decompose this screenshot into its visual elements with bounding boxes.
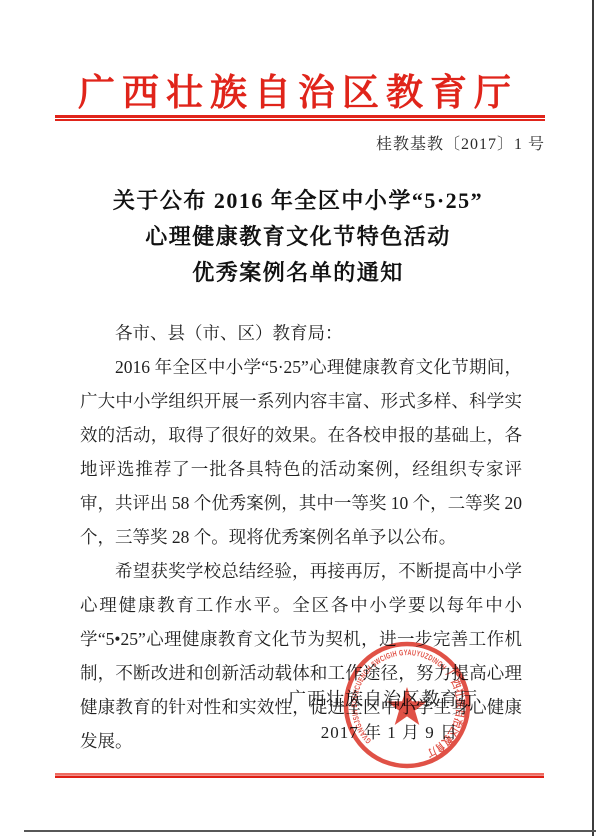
document-title-line-2: 心理健康教育文化节特色活动 (40, 219, 556, 255)
red-rule-thin-line (55, 119, 545, 121)
scan-edge-right (592, 0, 594, 836)
signature-date: 2017 年 1 月 9 日 (321, 718, 458, 743)
letterhead-red-rule (55, 115, 545, 121)
footer-red-rule (55, 773, 544, 778)
document-title-line-1: 关于公布 2016 年全区中小学“5·25” (40, 183, 556, 219)
document-number: 桂教基教〔2017〕1 号 (376, 131, 545, 154)
document-page: 广西壮族自治区教育厅 桂教基教〔2017〕1 号 关于公布 2016 年全区中小… (0, 0, 596, 836)
salutation: 各市、县（市、区）教育局： (80, 316, 522, 350)
document-title: 关于公布 2016 年全区中小学“5·25” 心理健康教育文化节特色活动 优秀案… (40, 183, 556, 291)
signature-agency: 广西壮族自治区教育厅 (288, 685, 478, 711)
scan-edge-bottom (24, 830, 596, 832)
letterhead-agency-name: 广西壮族自治区教育厅 (0, 62, 596, 116)
body-paragraph-1: 2016 年全区中小学“5·25”心理健康教育文化节期间，广大中小学组织开展一系… (80, 350, 522, 554)
document-title-line-3: 优秀案例名单的通知 (40, 255, 556, 291)
